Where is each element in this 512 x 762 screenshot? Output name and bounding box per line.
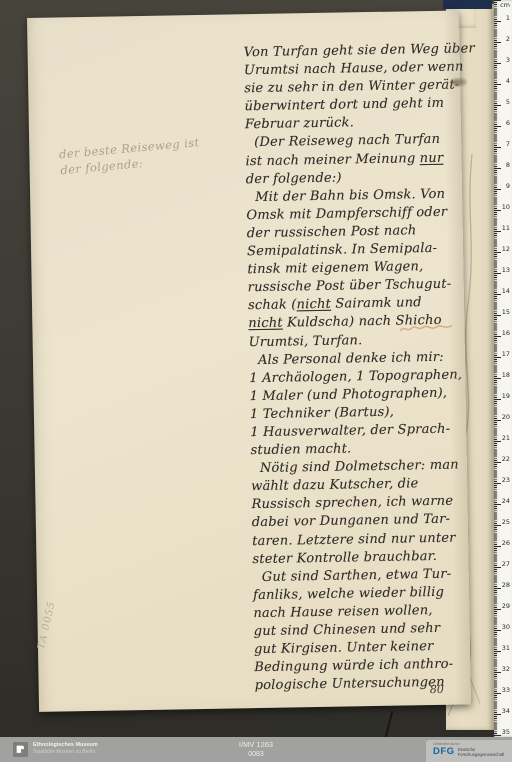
ruler-number: 5 — [506, 99, 510, 106]
ruler-number: 32 — [502, 666, 510, 673]
ruler-number: 11 — [502, 225, 510, 232]
manuscript-line: pologische Untersuchungen — [255, 673, 483, 695]
page-number: 80 — [430, 683, 444, 696]
ruler-number: 4 — [506, 78, 510, 85]
dfg-logo: DFG Deutsche Forschungsgemeinschaft — [433, 747, 504, 757]
ruler-number: 27 — [502, 561, 510, 568]
ruler-number: 14 — [502, 288, 510, 295]
ruler-number: 13 — [502, 267, 510, 274]
handwritten-text-block: Von Turfan geht sie den Weg überUrumtsi … — [243, 40, 482, 695]
ruler-number: 35 — [502, 729, 510, 736]
ruler-number: 10 — [502, 204, 510, 211]
ruler-number: 2 — [506, 36, 510, 43]
dfg-logo-plate: Gefördert durch DFG Deutsche Forschungsg… — [426, 740, 512, 762]
orange-pencil-annotation — [398, 321, 454, 336]
ruler-number: 30 — [502, 624, 510, 631]
ruler-number: 15 — [502, 309, 510, 316]
manuscript-page: der beste Reiseweg ist der folgende: Von… — [27, 10, 471, 711]
ruler-number: 25 — [502, 519, 510, 526]
ruler-number: 6 — [506, 120, 510, 127]
ruler-number: 17 — [502, 351, 510, 358]
ruler-number: 20 — [502, 414, 510, 421]
ruler-number: 7 — [506, 141, 510, 148]
ruler-number: 33 — [502, 687, 510, 694]
ruler-number: 22 — [502, 456, 510, 463]
dirt-speck — [450, 76, 467, 89]
page-crease — [385, 711, 393, 738]
ruler-number: 23 — [502, 477, 510, 484]
dfg-name-line: Forschungsgemeinschaft — [458, 752, 505, 757]
dfg-full-name: Deutsche Forschungsgemeinschaft — [458, 747, 505, 757]
ruler-number: 31 — [502, 645, 510, 652]
ruler-number: 16 — [502, 330, 510, 337]
ruler-number: 9 — [506, 183, 510, 190]
ruler-number: 26 — [502, 540, 510, 547]
ruler-number: 1 — [506, 15, 510, 22]
ruler-number: 28 — [502, 582, 510, 589]
ruler-number: 21 — [502, 435, 510, 442]
ruler-number: 29 — [502, 603, 510, 610]
binding-band — [443, 0, 492, 9]
archive-footer-bar: Ethnologisches Museum Staatliche Museen … — [0, 737, 512, 762]
ruler-number: 19 — [502, 393, 510, 400]
dfg-acronym: DFG — [433, 747, 455, 757]
corner-inventory-note: TA 0055 — [36, 600, 58, 650]
cm-ruler: cm 1234567891011121314151617181920212223… — [494, 0, 512, 737]
ruler-unit-label: cm — [500, 1, 510, 9]
margin-pencil-note: der beste Reiseweg ist der folgende: — [58, 134, 201, 178]
ruler-number: 12 — [502, 246, 510, 253]
ruler-number: 3 — [506, 57, 510, 64]
ruler-number: 18 — [502, 372, 510, 379]
ruler-number: 8 — [506, 162, 510, 169]
ruler-number: 34 — [502, 708, 510, 715]
ruler-number: 24 — [502, 498, 510, 505]
